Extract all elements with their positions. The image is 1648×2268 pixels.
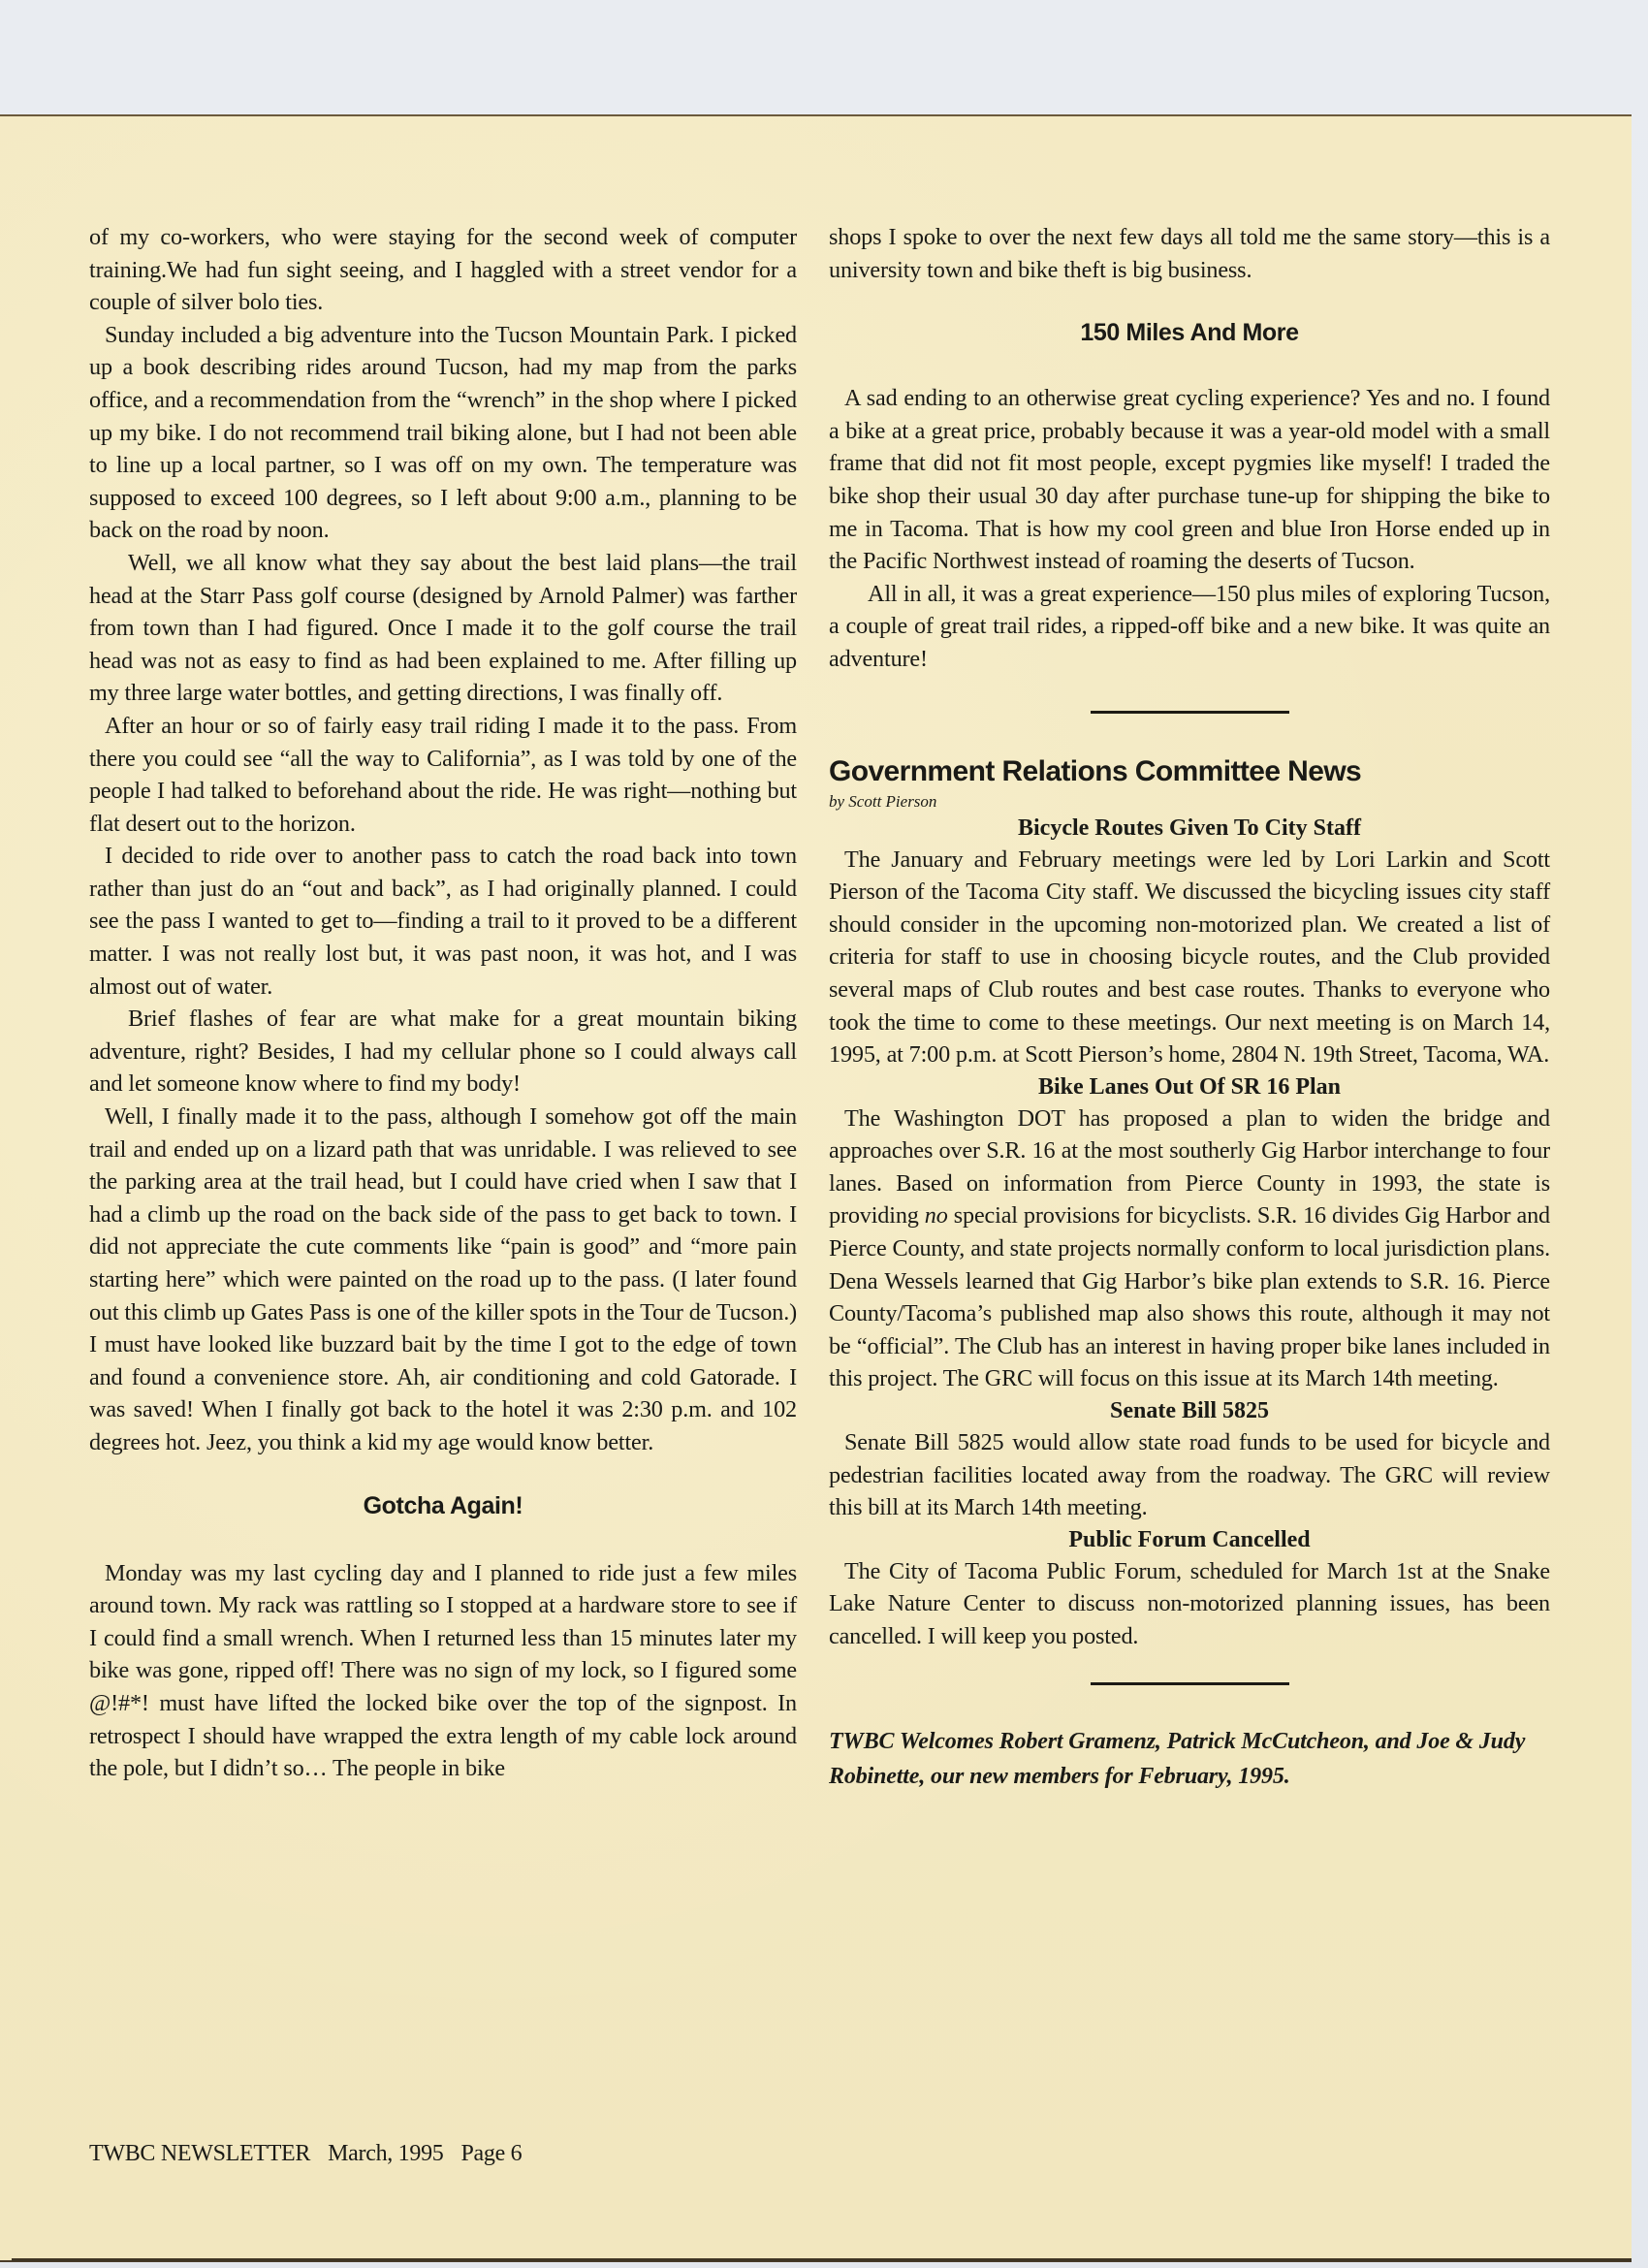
article-paragraph: of my co-workers, who were staying for t… bbox=[89, 221, 797, 319]
article-paragraph: A sad ending to an otherwise great cycli… bbox=[829, 382, 1550, 578]
subheading-bike-lanes-sr16: Bike Lanes Out Of SR 16 Plan bbox=[829, 1071, 1550, 1102]
emphasis-text: no bbox=[925, 1202, 948, 1229]
subheading-public-forum: Public Forum Cancelled bbox=[829, 1524, 1550, 1555]
grc-paragraph: The City of Tacoma Public Forum, schedul… bbox=[829, 1555, 1550, 1653]
page-footer: TWBC NEWSLETTERMarch, 1995Page 6 bbox=[89, 2141, 539, 2167]
grc-paragraph: Senate Bill 5825 would allow state road … bbox=[829, 1426, 1550, 1524]
article-paragraph: I decided to ride over to another pass t… bbox=[89, 840, 797, 1003]
footer-publication: TWBC NEWSLETTER bbox=[89, 2141, 310, 2166]
section-divider bbox=[1091, 711, 1289, 714]
left-column: of my co-workers, who were staying for t… bbox=[89, 221, 797, 1785]
text-run: special provisions for bicyclists. S.R. … bbox=[829, 1202, 1550, 1391]
section-heading-gotcha-again: Gotcha Again! bbox=[89, 1492, 797, 1520]
article-paragraph: Well, I finally made it to the pass, alt… bbox=[89, 1101, 797, 1459]
footer-page-number: Page 6 bbox=[460, 2141, 522, 2166]
paper-edge bbox=[12, 2258, 1632, 2261]
byline: by Scott Pierson bbox=[829, 791, 1550, 813]
article-paragraph: All in all, it was a great experience—15… bbox=[829, 578, 1550, 676]
grc-paragraph: The Washington DOT has proposed a plan t… bbox=[829, 1102, 1550, 1395]
section-heading-150-miles: 150 Miles And More bbox=[829, 319, 1550, 347]
article-paragraph: Monday was my last cycling day and I pla… bbox=[89, 1557, 797, 1785]
grc-paragraph: The January and February meetings were l… bbox=[829, 844, 1550, 1071]
subheading-bicycle-routes: Bicycle Routes Given To City Staff bbox=[829, 813, 1550, 844]
section-divider bbox=[1091, 1682, 1289, 1685]
grc-news-title: Government Relations Committee News bbox=[829, 754, 1550, 789]
footer-date: March, 1995 bbox=[328, 2141, 443, 2166]
article-paragraph: Sunday included a big adventure into the… bbox=[89, 319, 797, 547]
article-paragraph: shops I spoke to over the next few days … bbox=[829, 221, 1550, 286]
article-paragraph: After an hour or so of fairly easy trail… bbox=[89, 710, 797, 840]
new-members-welcome: TWBC Welcomes Robert Gramenz, Patrick Mc… bbox=[829, 1724, 1550, 1794]
article-paragraph: Well, we all know what they say about th… bbox=[89, 547, 797, 710]
subheading-senate-bill: Senate Bill 5825 bbox=[829, 1395, 1550, 1426]
right-column: shops I spoke to over the next few days … bbox=[829, 221, 1550, 1794]
article-paragraph: Brief flashes of fear are what make for … bbox=[89, 1003, 797, 1101]
